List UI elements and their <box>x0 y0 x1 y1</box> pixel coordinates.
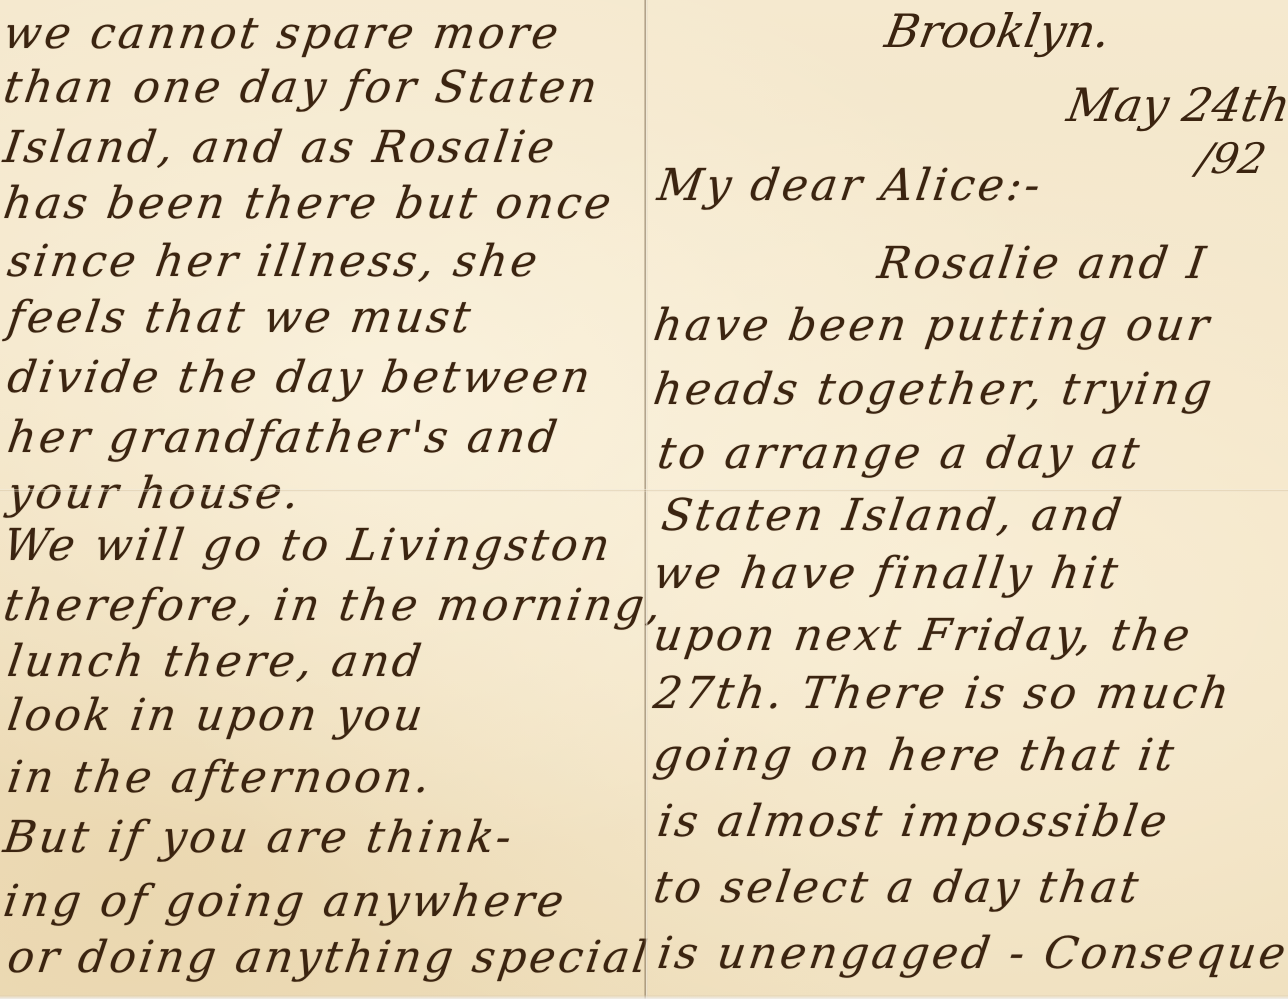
left-page: we cannot spare more than one day for St… <box>0 0 644 999</box>
right-line-1: Rosalie and I <box>874 238 1211 290</box>
right-line-3: heads together, trying <box>650 364 1217 416</box>
left-line-11: therefore, in the morning, <box>0 580 667 632</box>
left-line-12: lunch there, and <box>4 636 427 688</box>
left-line-17: or doing anything special <box>4 932 653 984</box>
left-line-3: Island, and as Rosalie <box>0 122 560 174</box>
left-line-4: has been there but once <box>0 178 617 230</box>
letter-year: /92 <box>1194 134 1270 183</box>
left-line-7: divide the day between <box>4 352 596 404</box>
left-line-1: we cannot spare more <box>0 8 564 60</box>
letter-date: May 24th <box>1063 78 1288 132</box>
right-line-12: is unengaged - Consequently <box>654 928 1288 980</box>
left-line-2: than one day for Staten <box>0 62 603 114</box>
left-line-10: We will go to Livingston <box>0 520 615 572</box>
right-line-8: 27th. There is so much <box>650 668 1235 720</box>
salutation: My dear Alice:- <box>654 160 1046 212</box>
left-line-6: feels that we must <box>4 292 476 344</box>
left-line-15: But if you are think- <box>0 812 517 864</box>
right-line-4: to arrange a day at <box>654 428 1145 480</box>
left-line-13: look in upon you <box>4 690 428 742</box>
right-line-7: upon next Friday, the <box>650 610 1196 662</box>
left-line-8: her grandfather's and <box>4 412 563 464</box>
right-line-6: we have finally hit <box>650 548 1123 600</box>
right-line-2: have been putting our <box>650 300 1215 352</box>
left-line-14: in the afternoon. <box>4 752 436 804</box>
letter-scan: we cannot spare more than one day for St… <box>0 0 1288 999</box>
letter-place: Brooklyn. <box>881 4 1115 58</box>
left-line-5: since her illness, she <box>4 236 543 288</box>
right-line-9: going on here that it <box>650 730 1179 782</box>
right-line-10: is almost impossible <box>654 796 1173 848</box>
right-page: Brooklyn. May 24th /92 My dear Alice:- R… <box>648 0 1288 999</box>
right-line-5: Staten Island, and <box>658 490 1127 542</box>
paper-edge <box>0 995 1288 999</box>
right-line-11: to select a day that <box>650 862 1144 914</box>
left-line-16: ing of going anywhere <box>0 876 569 928</box>
left-line-9: your house. <box>4 468 305 520</box>
